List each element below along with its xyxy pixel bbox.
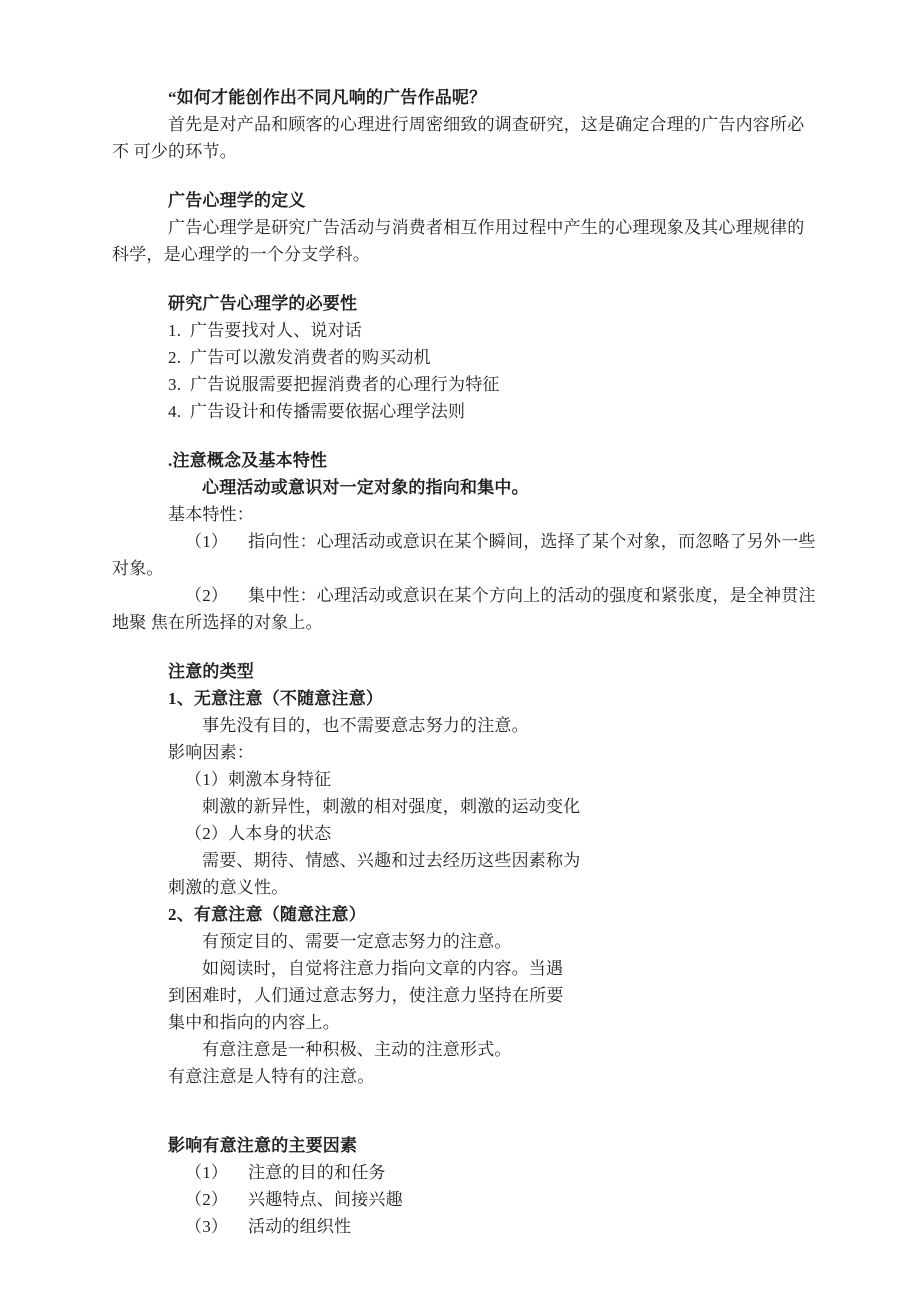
heading-line: 2、有意注意（随意注意）	[112, 901, 890, 928]
line-text: 刺激的新异性，刺激的相对强度，刺激的运动变化	[202, 797, 580, 816]
line-text: 有意注意是人特有的注意。	[168, 1067, 374, 1086]
heading-line: 影响有意注意的主要因素	[112, 1132, 890, 1159]
line-text: 广告说服需要把握消费者的心理行为特征	[190, 375, 500, 394]
section-attention-types: 注意的类型1、无意注意（不随意注意）事先没有目的，也不需要意志努力的注意。影响因…	[112, 658, 890, 1090]
line-text: （2）人本身的状态	[185, 824, 331, 843]
text-line: 1.广告要找对人、说对话	[112, 317, 890, 344]
text-line: 基本特性：	[112, 501, 890, 528]
list-marker: （3）	[185, 1213, 248, 1240]
line-text: 对象。	[112, 559, 164, 578]
section-voluntary-attention-factors: 影响有意注意的主要因素（1）注意的目的和任务（2）兴趣特点、间接兴趣（3）活动的…	[112, 1132, 890, 1240]
list-marker: （2）	[185, 582, 248, 609]
list-marker: 2.	[168, 344, 190, 371]
line-text: 广告设计和传播需要依据心理学法则	[190, 402, 465, 421]
line-text: 如阅读时，自觉将注意力指向文章的内容。当遇	[202, 959, 563, 978]
text-line: 2.广告可以激发消费者的购买动机	[112, 344, 890, 371]
text-line: （1）注意的目的和任务	[112, 1159, 890, 1186]
list-marker: （2）	[185, 1186, 248, 1213]
line-text: 注意的目的和任务	[248, 1163, 386, 1182]
text-line: 不 可少的环节。	[112, 138, 890, 165]
line-text: 注意的类型	[168, 662, 254, 681]
line-text: 广告心理学是研究广告活动与消费者相互作用过程中产生的心理现象及其心理规律的	[168, 218, 804, 237]
line-text: 广告要找对人、说对话	[190, 321, 362, 340]
text-line: 地聚 焦在所选择的对象上。	[112, 609, 890, 636]
text-line: （1）指向性：心理活动或意识在某个瞬间，选择了某个对象，而忽略了另外一些	[112, 528, 890, 555]
text-line: 有意注意是一种积极、主动的注意形式。	[112, 1036, 890, 1063]
list-marker: 4.	[168, 398, 190, 425]
text-line: 广告心理学是研究广告活动与消费者相互作用过程中产生的心理现象及其心理规律的	[112, 214, 890, 241]
text-line: 刺激的意义性。	[112, 874, 890, 901]
line-text: 有预定目的、需要一定意志努力的注意。	[202, 932, 512, 951]
line-text: 需要、期待、情感、兴趣和过去经历这些因素称为	[202, 851, 580, 870]
text-line: 如阅读时，自觉将注意力指向文章的内容。当遇	[112, 955, 890, 982]
line-text: 事先没有目的，也不需要意志努力的注意。	[202, 716, 529, 735]
section-opening-question: “如何才能创作出不同凡响的广告作品呢？首先是对产品和顾客的心理进行周密细致的调查…	[112, 84, 890, 165]
line-text: 地聚 焦在所选择的对象上。	[112, 613, 323, 632]
text-line: 科学，是心理学的一个分支学科。	[112, 241, 890, 268]
document-page: “如何才能创作出不同凡响的广告作品呢？首先是对产品和顾客的心理进行周密细致的调查…	[0, 0, 920, 1302]
text-line: 有意注意是人特有的注意。	[112, 1063, 890, 1090]
line-text: 集中和指向的内容上。	[168, 1013, 340, 1032]
heading-line: “如何才能创作出不同凡响的广告作品呢？	[112, 84, 890, 111]
line-text: 科学，是心理学的一个分支学科。	[112, 245, 370, 264]
text-line: 有预定目的、需要一定意志努力的注意。	[112, 928, 890, 955]
line-text: 到困难时，人们通过意志努力，使注意力坚持在所要	[168, 986, 564, 1005]
list-marker: 3.	[168, 371, 190, 398]
heading-line: 广告心理学的定义	[112, 187, 890, 214]
line-text: 2、有意注意（随意注意）	[168, 905, 366, 924]
text-line: 对象。	[112, 555, 890, 582]
line-text: 活动的组织性	[248, 1217, 351, 1236]
list-marker: 1.	[168, 317, 190, 344]
heading-line: 研究广告心理学的必要性	[112, 290, 890, 317]
text-line: 到困难时，人们通过意志努力，使注意力坚持在所要	[112, 982, 890, 1009]
text-line: （3）活动的组织性	[112, 1213, 890, 1240]
line-text: 指向性：心理活动或意识在某个瞬间，选择了某个对象，而忽略了另外一些	[248, 532, 816, 551]
section-attention-concept: .注意概念及基本特性心理活动或意识对一定对象的指向和集中。基本特性：（1）指向性…	[112, 447, 890, 636]
line-text: “如何才能创作出不同凡响的广告作品呢？	[168, 88, 486, 107]
list-marker: （1）	[185, 528, 248, 555]
line-text: .注意概念及基本特性	[168, 451, 327, 470]
line-text: 广告可以激发消费者的购买动机	[190, 348, 431, 367]
heading-line: 心理活动或意识对一定对象的指向和集中。	[112, 474, 890, 501]
heading-line: .注意概念及基本特性	[112, 447, 890, 474]
line-text: 兴趣特点、间接兴趣	[248, 1190, 403, 1209]
line-text: 广告心理学的定义	[168, 191, 306, 210]
text-line: 首先是对产品和顾客的心理进行周密细致的调查研究，这是确定合理的广告内容所必	[112, 111, 890, 138]
line-text: 心理活动或意识对一定对象的指向和集中。	[202, 478, 529, 497]
text-line: 3.广告说服需要把握消费者的心理行为特征	[112, 371, 890, 398]
line-text: 1、无意注意（不随意注意）	[168, 689, 383, 708]
line-text: 不 可少的环节。	[112, 142, 237, 161]
line-text: 刺激的意义性。	[168, 878, 288, 897]
heading-line: 注意的类型	[112, 658, 890, 685]
text-line: 需要、期待、情感、兴趣和过去经历这些因素称为	[112, 847, 890, 874]
heading-line: 1、无意注意（不随意注意）	[112, 685, 890, 712]
line-text: 影响有意注意的主要因素	[168, 1136, 357, 1155]
text-line: 事先没有目的，也不需要意志努力的注意。	[112, 712, 890, 739]
section-definition: 广告心理学的定义广告心理学是研究广告活动与消费者相互作用过程中产生的心理现象及其…	[112, 187, 890, 268]
line-text: 有意注意是一种积极、主动的注意形式。	[202, 1040, 512, 1059]
line-text: 研究广告心理学的必要性	[168, 294, 357, 313]
line-text: 首先是对产品和顾客的心理进行周密细致的调查研究，这是确定合理的广告内容所必	[168, 115, 804, 134]
line-text: 集中性：心理活动或意识在某个方向上的活动的强度和紧张度，是全神贯注	[248, 586, 816, 605]
text-line: （2）人本身的状态	[112, 820, 890, 847]
section-necessity: 研究广告心理学的必要性1.广告要找对人、说对话2.广告可以激发消费者的购买动机3…	[112, 290, 890, 425]
text-line: 刺激的新异性，刺激的相对强度，刺激的运动变化	[112, 793, 890, 820]
text-line: 4.广告设计和传播需要依据心理学法则	[112, 398, 890, 425]
text-line: （1）刺激本身特征	[112, 766, 890, 793]
line-text: 影响因素：	[168, 743, 254, 762]
text-line: （2）集中性：心理活动或意识在某个方向上的活动的强度和紧张度，是全神贯注	[112, 582, 890, 609]
line-text: （1）刺激本身特征	[185, 770, 331, 789]
text-line: 集中和指向的内容上。	[112, 1009, 890, 1036]
list-marker: （1）	[185, 1159, 248, 1186]
text-line: （2）兴趣特点、间接兴趣	[112, 1186, 890, 1213]
line-text: 基本特性：	[168, 505, 254, 524]
text-line: 影响因素：	[112, 739, 890, 766]
